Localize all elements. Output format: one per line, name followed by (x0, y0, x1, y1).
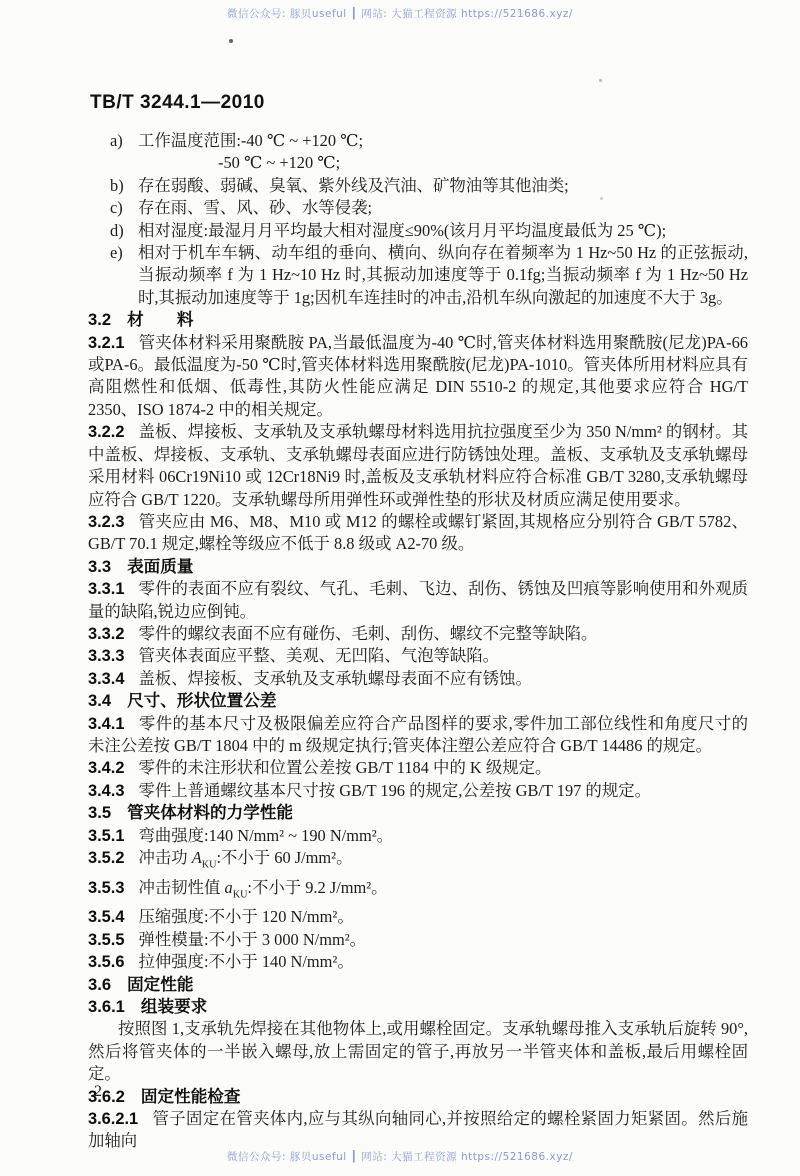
clause-number: 3.5.6 (88, 953, 124, 971)
clause-3-2-3: 3.2.3管夹应由 M6、M8、M10 或 M12 的螺栓或螺钉紧固,其规格应分… (88, 511, 748, 556)
list-text: 相对湿度:最湿月月平均最大相对湿度≤90%(该月月平均温度最低为 25 ℃); (138, 221, 666, 240)
clause-number: 3.5.2 (88, 849, 124, 867)
section-heading-3-4: 3.4尺寸、形状位置公差 (88, 690, 748, 712)
list-item-a-continuation: -50 ℃ ~ +120 ℃; (218, 152, 748, 174)
section-number: 3.5 (88, 803, 111, 822)
scan-speck (229, 39, 233, 43)
list-text: 存在弱酸、弱碱、臭氧、紫外线及汽油、矿物油等其他油类; (138, 176, 569, 195)
scan-speck (599, 79, 602, 82)
list-label: e) (110, 242, 123, 264)
clause-text: 盖板、焊接板、支承轨及支承轨螺母材料选用抗拉强度至少为 350 N/mm² 的钢… (88, 422, 748, 508)
clause-3-6-2-1: 3.6.2.1管子固定在管夹体内,应与其纵向轴同心,并按照给定的螺栓紧固力矩紧固… (88, 1108, 748, 1153)
section-title: 材 料 (127, 310, 193, 329)
scanned-document-page: 微信公众号: 豚贝useful ┃ 网站: 大猫工程资源 https://521… (0, 0, 800, 1176)
clause-number: 3.2.2 (88, 423, 124, 441)
clause-number: 3.5.5 (88, 931, 124, 949)
document-body: a) 工作温度范围:-40 ℃ ~ +120 ℃; -50 ℃ ~ +120 ℃… (88, 130, 748, 1153)
clause-text: 零件的表面不应有裂纹、气孔、毛刺、飞边、刮伤、锈蚀及凹痕等影响使用和外观质量的缺… (88, 579, 748, 620)
clause-3-3-2: 3.3.2零件的螺纹表面不应有碰伤、毛刺、刮伤、螺纹不完整等缺陷。 (88, 623, 748, 645)
clause-3-5-4: 3.5.4压缩强度:不小于 120 N/mm²。 (88, 906, 748, 928)
section-heading-3-6-1: 3.6.1组装要求 (88, 996, 748, 1018)
standard-number: TB/T 3244.1—2010 (90, 92, 265, 114)
clause-number: 3.5.1 (88, 827, 124, 845)
section-number: 3.4 (88, 691, 111, 710)
clause-number: 3.3.2 (88, 625, 124, 643)
clause-number: 3.4.2 (88, 759, 124, 777)
paragraph-3-6-1: 按照图 1,支承轨先焊接在其他物体上,或用螺栓固定。支承轨螺母推入支承轨后旋转 … (88, 1018, 748, 1085)
section-number: 3.2 (88, 310, 111, 329)
clause-3-4-2: 3.4.2零件的未注形状和位置公差按 GB/T 1184 中的 K 级规定。 (88, 757, 748, 779)
clause-number: 3.5.3 (88, 879, 124, 897)
clause-number: 3.6.2.1 (88, 1110, 138, 1128)
list-item-e: e) 相对于机车车辆、动车组的垂向、横向、纵向存在着频率为 1 Hz~50 Hz… (88, 242, 748, 309)
list-item-b: b) 存在弱酸、弱碱、臭氧、紫外线及汽油、矿物油等其他油类; (88, 175, 748, 197)
list-text: 相对于机车车辆、动车组的垂向、横向、纵向存在着频率为 1 Hz~50 Hz 的正… (138, 243, 748, 307)
clause-text: 冲击韧性值 (138, 878, 224, 897)
clause-3-4-1: 3.4.1零件的基本尺寸及极限偏差应符合产品图样的要求,零件加工部位线性和角度尺… (88, 713, 748, 758)
clause-3-5-5: 3.5.5弹性模量:不小于 3 000 N/mm²。 (88, 929, 748, 951)
section-title: 固定性能 (127, 975, 193, 994)
section-heading-3-5: 3.5管夹体材料的力学性能 (88, 802, 748, 824)
subscript-KU: KU (202, 859, 217, 870)
list-label: b) (110, 175, 124, 197)
section-heading-3-6: 3.6固定性能 (88, 974, 748, 996)
section-heading-3-3: 3.3表面质量 (88, 556, 748, 578)
watermark-top: 微信公众号: 豚贝useful ┃ 网站: 大猫工程资源 https://521… (0, 6, 800, 21)
clause-text: 零件上普通螺纹基本尺寸按 GB/T 196 的规定,公差按 GB/T 197 的… (138, 781, 651, 800)
list-item-c: c) 存在雨、雪、风、砂、水等侵袭; (88, 197, 748, 219)
clause-text: 压缩强度:不小于 120 N/mm²。 (138, 907, 353, 926)
section-number: 3.6.1 (88, 997, 125, 1016)
list-text: 工作温度范围:-40 ℃ ~ +120 ℃; (138, 131, 363, 150)
list-item-d: d) 相对湿度:最湿月月平均最大相对湿度≤90%(该月月平均温度最低为 25 ℃… (88, 220, 748, 242)
clause-3-2-1: 3.2.1管夹体材料采用聚酰胺 PA,当最低温度为-40 ℃时,管夹体材料选用聚… (88, 332, 748, 422)
clause-text: 管夹体材料采用聚酰胺 PA,当最低温度为-40 ℃时,管夹体材料选用聚酰胺(尼龙… (88, 333, 748, 419)
clause-text: 管子固定在管夹体内,应与其纵向轴同心,并按照给定的螺栓紧固力矩紧固。然后施加轴向 (88, 1109, 748, 1150)
list-label: a) (110, 130, 123, 152)
clause-text: :不小于 60 J/mm²。 (216, 848, 352, 867)
clause-3-4-3: 3.4.3零件上普通螺纹基本尺寸按 GB/T 196 的规定,公差按 GB/T … (88, 780, 748, 802)
section-heading-3-2: 3.2材 料 (88, 309, 748, 331)
clause-3-5-6: 3.5.6拉伸强度:不小于 140 N/mm²。 (88, 951, 748, 973)
section-title: 管夹体材料的力学性能 (127, 803, 293, 822)
clause-number: 3.3.1 (88, 580, 124, 598)
section-title: 固定性能检查 (141, 1087, 241, 1106)
clause-number: 3.3.3 (88, 647, 124, 665)
symbol-A: A (192, 848, 202, 867)
page-number: 2 (94, 1083, 102, 1101)
list-item-a: a) 工作温度范围:-40 ℃ ~ +120 ℃; (88, 130, 748, 152)
clause-text: :不小于 9.2 J/mm²。 (247, 878, 387, 897)
section-title: 组装要求 (141, 997, 207, 1016)
watermark-bottom: 微信公众号: 豚贝useful ┃ 网站: 大猫工程资源 https://521… (0, 1149, 800, 1164)
clause-number: 3.5.4 (88, 908, 124, 926)
clause-number: 3.4.1 (88, 715, 124, 733)
subscript-KU: KU (233, 889, 248, 900)
clause-text: 零件的螺纹表面不应有碰伤、毛刺、刮伤、螺纹不完整等缺陷。 (138, 624, 597, 643)
clause-3-3-4: 3.3.4盖板、焊接板、支承轨及支承轨螺母表面不应有锈蚀。 (88, 668, 748, 690)
clause-number: 3.2.1 (88, 334, 124, 352)
clause-text: 盖板、焊接板、支承轨及支承轨螺母表面不应有锈蚀。 (138, 669, 531, 688)
clause-text: 冲击功 (138, 848, 191, 867)
list-text: 存在雨、雪、风、砂、水等侵袭; (138, 198, 372, 217)
clause-text: 零件的基本尺寸及极限偏差应符合产品图样的要求,零件加工部位线性和角度尺寸的未注公… (88, 714, 748, 755)
clause-3-5-2: 3.5.2冲击功 AKU:不小于 60 J/mm²。 (88, 847, 748, 877)
clause-number: 3.4.3 (88, 782, 124, 800)
clause-3-5-3: 3.5.3冲击韧性值 aKU:不小于 9.2 J/mm²。 (88, 877, 748, 907)
clause-number: 3.3.4 (88, 670, 124, 688)
list-label: d) (110, 220, 124, 242)
section-number: 3.6 (88, 975, 111, 994)
clause-text: 零件的未注形状和位置公差按 GB/T 1184 中的 K 级规定。 (138, 758, 551, 777)
section-heading-3-6-2: 3.6.2固定性能检查 (88, 1086, 748, 1108)
clause-3-3-3: 3.3.3管夹体表面应平整、美观、无凹陷、气泡等缺陷。 (88, 645, 748, 667)
section-title: 表面质量 (127, 557, 193, 576)
clause-3-2-2: 3.2.2盖板、焊接板、支承轨及支承轨螺母材料选用抗拉强度至少为 350 N/m… (88, 421, 748, 511)
clause-text: 拉伸强度:不小于 140 N/mm²。 (138, 952, 353, 971)
list-label: c) (110, 197, 123, 219)
section-title: 尺寸、形状位置公差 (127, 691, 276, 710)
symbol-a: a (225, 878, 233, 897)
clause-text: 管夹体表面应平整、美观、无凹陷、气泡等缺陷。 (138, 646, 499, 665)
clause-text: 管夹应由 M6、M8、M10 或 M12 的螺栓或螺钉紧固,其规格应分别符合 G… (88, 512, 748, 553)
section-number: 3.3 (88, 557, 111, 576)
clause-3-3-1: 3.3.1零件的表面不应有裂纹、气孔、毛刺、飞边、刮伤、锈蚀及凹痕等影响使用和外… (88, 578, 748, 623)
clause-text: 弯曲强度:140 N/mm² ~ 190 N/mm²。 (138, 826, 393, 845)
clause-3-5-1: 3.5.1弯曲强度:140 N/mm² ~ 190 N/mm²。 (88, 825, 748, 847)
clause-number: 3.2.3 (88, 513, 124, 531)
clause-text: 弹性模量:不小于 3 000 N/mm²。 (138, 930, 366, 949)
